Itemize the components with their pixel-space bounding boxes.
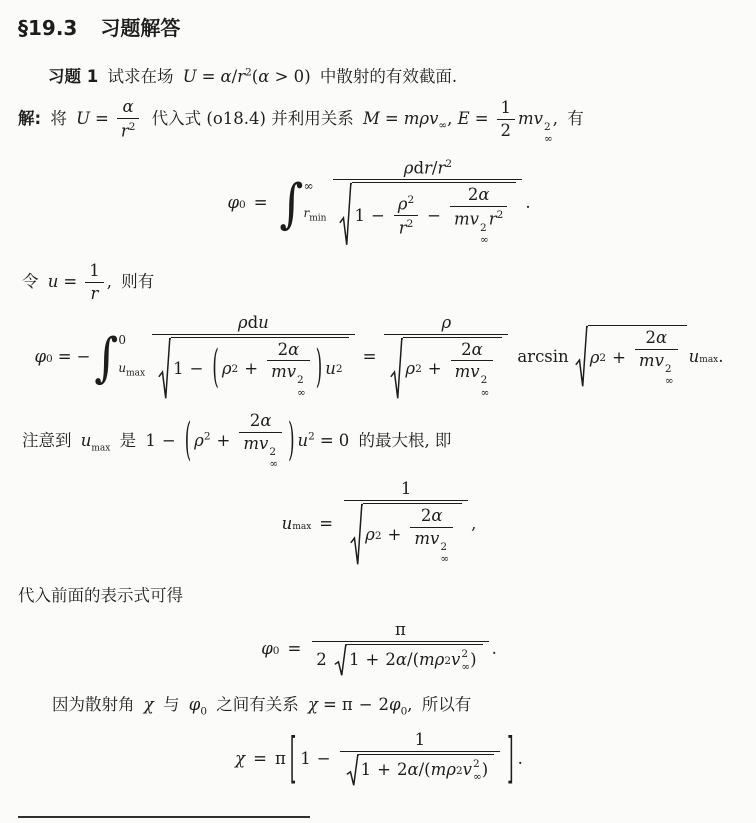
math-token: + bbox=[244, 360, 258, 379]
math-token: − bbox=[371, 207, 385, 226]
sqrt-radical-icon bbox=[575, 325, 588, 389]
math-token: ∞ bbox=[440, 554, 449, 565]
math-token: 2 bbox=[456, 765, 463, 777]
math-token: α bbox=[472, 340, 483, 359]
math-token: ∞ bbox=[665, 376, 674, 387]
math-token: 2 bbox=[468, 185, 479, 204]
fraction: αr2 bbox=[117, 97, 140, 142]
text-run: 与 bbox=[163, 695, 180, 714]
denominator: mv2∞ bbox=[451, 360, 494, 399]
math-token: E bbox=[458, 109, 470, 128]
sup-sub-stack: 2∞ bbox=[481, 375, 490, 398]
math-token: φ bbox=[189, 695, 201, 714]
math-token: m bbox=[454, 210, 470, 229]
sup-sub-stack: 2∞ bbox=[461, 649, 470, 672]
math-token: ρ bbox=[405, 360, 415, 379]
sqrt-radical-icon bbox=[390, 337, 403, 401]
math-token: v bbox=[287, 362, 296, 381]
math-token: 0 bbox=[46, 353, 53, 365]
math-token: 0 bbox=[339, 431, 350, 450]
left-bracket: [ bbox=[290, 727, 296, 790]
math-token: − bbox=[77, 347, 91, 366]
math-token: 2 bbox=[473, 759, 480, 770]
math-token: = bbox=[475, 109, 489, 128]
denominator: mv2∞ bbox=[239, 432, 282, 471]
fraction: 2αmv2∞ bbox=[635, 328, 678, 388]
upper-limit: 0 bbox=[118, 334, 145, 346]
math-token: − bbox=[162, 431, 176, 450]
denominator: ρ2+2αmv2∞ bbox=[344, 500, 468, 568]
footnote-rule bbox=[18, 816, 310, 818]
math-token: ρ bbox=[590, 348, 600, 367]
math-token: . bbox=[492, 639, 497, 658]
math-token: 2 bbox=[385, 651, 396, 670]
math-token: φ bbox=[261, 639, 273, 658]
math-token: + bbox=[217, 431, 231, 450]
math-token: 2 bbox=[415, 363, 422, 375]
math-token: π bbox=[275, 749, 286, 768]
numerator: ρ2 bbox=[394, 193, 418, 215]
fraction: ρ2r2 bbox=[394, 193, 418, 240]
math-token: 2 bbox=[232, 363, 239, 375]
math-token: . bbox=[718, 347, 723, 366]
math-token: ∞ bbox=[461, 662, 470, 673]
math-token: ρ bbox=[222, 360, 232, 379]
integral-sign: ∫ bbox=[280, 176, 304, 229]
square-root: ρ2+2αmv2∞ bbox=[390, 337, 502, 401]
inline-math-field-U: U=α/r2(α > 0) bbox=[183, 67, 311, 86]
math-token: = bbox=[319, 514, 333, 533]
math-token: U bbox=[183, 67, 197, 86]
trailing-factor: umax. bbox=[689, 347, 724, 366]
math-token: v bbox=[534, 109, 543, 128]
math-token: φ bbox=[389, 695, 401, 714]
math-token: α bbox=[396, 651, 407, 670]
denominator: mv2∞ bbox=[410, 527, 453, 566]
math-token: , bbox=[407, 695, 412, 714]
math-token: 2 bbox=[480, 223, 487, 234]
textbook-page: §19.3 习题解答 习题 1 试求在场 U=α/r2(α > 0) 中散射的有… bbox=[0, 0, 756, 823]
numerator: 1 bbox=[497, 98, 516, 119]
equation-lhs: χ=π bbox=[235, 749, 286, 768]
equation-phi0-r-integral: φ0= ∫ ∞ rmin ρdr/r2 1 − ρ2r2 − 2αmv2∞r2 bbox=[18, 157, 740, 249]
math-token: r bbox=[424, 158, 432, 177]
math-token: φ bbox=[227, 193, 239, 212]
math-token: M bbox=[363, 109, 380, 128]
left-paren: ( bbox=[185, 408, 191, 473]
numerator: ρdu bbox=[152, 313, 354, 334]
denominator: ρ2+2αmv2∞ bbox=[384, 334, 508, 402]
math-token: 2 bbox=[665, 364, 672, 375]
denominator: mv2∞r2 bbox=[450, 206, 507, 246]
denominator: 2 1+2α/(mρ2v2∞) bbox=[312, 641, 488, 678]
math-token: v bbox=[429, 109, 438, 128]
radicand: 1 − ρ2r2 − 2αmv2∞r2 bbox=[352, 182, 516, 247]
math-token: 0 bbox=[273, 645, 280, 657]
math-token: + bbox=[612, 348, 626, 367]
denominator: mv2∞ bbox=[267, 360, 310, 399]
math-token: 2 bbox=[308, 430, 315, 442]
math-token: u bbox=[325, 360, 336, 379]
math-token: = bbox=[287, 639, 301, 658]
fraction: 2αmv2∞ bbox=[410, 506, 453, 566]
numerator: 2α bbox=[267, 340, 310, 361]
math-token: max bbox=[126, 368, 145, 378]
numerator: α bbox=[117, 97, 140, 118]
right-bracket: ] bbox=[507, 727, 513, 790]
equation-umax: umax= 1 ρ2+2αmv2∞ , bbox=[18, 479, 740, 568]
math-token: r bbox=[121, 121, 129, 140]
right-paren: ) bbox=[316, 344, 322, 395]
sup-sub-stack: 2∞ bbox=[544, 122, 553, 145]
section-title: 习题解答 bbox=[100, 16, 180, 40]
math-token: 1 bbox=[361, 761, 372, 780]
math-token: d bbox=[248, 313, 259, 332]
numerator: 2α bbox=[410, 506, 453, 527]
math-token: = bbox=[254, 193, 268, 212]
math-token: ρ bbox=[435, 651, 445, 670]
math-token: 2 bbox=[407, 218, 414, 230]
sqrt-radical-icon bbox=[346, 754, 359, 787]
math-token: + bbox=[388, 526, 402, 545]
equation-chi-result: χ=π [ 1 − 1 1+2α/(mρ2v2∞) ] . bbox=[18, 730, 740, 787]
denominator: r2 bbox=[117, 118, 140, 142]
fraction: 2αmv2∞ bbox=[239, 411, 282, 471]
math-token: r bbox=[489, 210, 497, 229]
math-token: m bbox=[518, 109, 534, 128]
main-fraction: 1 1+2α/(mρ2v2∞) bbox=[340, 730, 501, 787]
inline-math-root-equation: 1−(ρ2+2αmv2∞)u2=0 bbox=[145, 431, 349, 450]
integrand-fraction: ρdu 1 − ( ρ2 + 2αmv2∞ ) u2 bbox=[152, 313, 354, 402]
math-token: v bbox=[259, 434, 268, 453]
math-token: u bbox=[298, 431, 309, 450]
denominator: 1 − ρ2r2 − 2αmv2∞r2 bbox=[333, 179, 522, 248]
sqrt-radical-icon bbox=[158, 337, 171, 401]
radicand: 1+2α/(mρ2v2∞) bbox=[359, 754, 495, 787]
numerator: ρ bbox=[384, 313, 508, 334]
math-token: + bbox=[366, 651, 380, 670]
integral-limits: 0 umax bbox=[118, 334, 145, 380]
inline-math-U-frac: U=αr2 bbox=[76, 109, 142, 128]
math-token: arcsin bbox=[517, 347, 568, 366]
main-fraction: 1 ρ2+2αmv2∞ bbox=[344, 479, 468, 568]
numerator: 2α bbox=[450, 185, 507, 206]
math-token: 2 bbox=[645, 328, 656, 347]
math-token: 1 bbox=[300, 749, 311, 768]
math-token: ) bbox=[470, 651, 476, 670]
text-run: 代入前面的表示式可得 bbox=[18, 586, 183, 605]
math-token: ∞ bbox=[297, 388, 306, 399]
math-token: 1 bbox=[173, 360, 184, 379]
math-token: . bbox=[518, 749, 523, 768]
math-token: u bbox=[48, 272, 59, 291]
inline-math-E: E=12mv2∞, bbox=[458, 109, 558, 128]
math-token: u bbox=[118, 361, 126, 375]
math-token: ∞ bbox=[473, 772, 482, 783]
math-token: v bbox=[655, 351, 664, 370]
math-token: max bbox=[91, 443, 110, 453]
lower-limit: rmin bbox=[303, 207, 326, 223]
inline-math-chi-relation: χ=π−2φ0, bbox=[308, 695, 413, 714]
math-token: 1 bbox=[145, 431, 156, 450]
math-token: , bbox=[471, 514, 476, 533]
math-token: ρ bbox=[404, 158, 414, 177]
math-token: 2 bbox=[461, 649, 468, 660]
math-token: χ bbox=[144, 695, 154, 714]
math-token: ∞ bbox=[269, 459, 278, 470]
text-run: 有 bbox=[567, 109, 584, 128]
text-run: 代入式 (o18.4) 并利用关系 bbox=[152, 109, 354, 128]
text-run: 的最大根, 即 bbox=[358, 431, 451, 450]
math-token: 2 bbox=[544, 122, 551, 133]
inline-math-umax: umax bbox=[81, 431, 111, 450]
math-token: α bbox=[407, 761, 418, 780]
square-root: ρ2+2αmv2∞ bbox=[350, 503, 462, 567]
math-token: α bbox=[478, 185, 489, 204]
text-run: 注意到 bbox=[22, 431, 72, 450]
section-header: §19.3 习题解答 bbox=[18, 12, 740, 41]
substitution-line: 令 u=1r, 则有 bbox=[18, 261, 740, 305]
text-run: 中散射的有效截面. bbox=[320, 67, 457, 86]
math-token: v bbox=[463, 761, 472, 780]
math-token: 2 bbox=[397, 761, 408, 780]
math-token: 2 bbox=[379, 695, 390, 714]
math-token: m bbox=[414, 529, 430, 548]
math-token: u bbox=[81, 431, 92, 450]
text-run: 令 bbox=[22, 272, 39, 291]
math-token: = bbox=[323, 695, 337, 714]
main-fraction: ρdr/r2 1 − ρ2r2 − 2αmv2∞r2 bbox=[333, 157, 522, 249]
math-token: − bbox=[317, 749, 331, 768]
math-token: min bbox=[309, 214, 326, 224]
math-token: u bbox=[282, 514, 293, 533]
math-token: ) bbox=[304, 67, 310, 86]
sup-sub-stack: 2∞ bbox=[480, 223, 489, 246]
fraction: 2αmv2∞r2 bbox=[450, 185, 507, 246]
integral-limits: ∞ rmin bbox=[303, 180, 326, 226]
math-token: r bbox=[399, 218, 407, 237]
square-root: 1+2α/(mρ2v2∞) bbox=[346, 754, 495, 787]
math-token: m bbox=[639, 351, 655, 370]
math-token: ρ bbox=[238, 313, 248, 332]
equation-phi0-u-integral: φ0=− ∫ 0 umax ρdu 1 − ( ρ2 + 2αmv bbox=[18, 313, 740, 402]
square-root: 1+2α/(mρ2v2∞) bbox=[334, 644, 483, 677]
fraction: 2αmv2∞ bbox=[451, 340, 494, 400]
math-token: , bbox=[107, 272, 112, 291]
math-token: ∞ bbox=[481, 388, 490, 399]
math-token: 2 bbox=[250, 411, 261, 430]
numerator: ρdr/r2 bbox=[333, 157, 522, 179]
math-token: U bbox=[76, 109, 90, 128]
numerator: 1 bbox=[85, 261, 104, 282]
radicand: ρ2+2αmv2∞ bbox=[363, 503, 462, 567]
math-token: ∞ bbox=[480, 235, 489, 246]
math-token: = bbox=[253, 749, 267, 768]
denominator: 1+2α/(mρ2v2∞) bbox=[340, 751, 501, 788]
math-token: + bbox=[377, 761, 391, 780]
fraction: 1r bbox=[85, 261, 104, 305]
integral: ∫ 0 umax bbox=[94, 334, 145, 380]
math-token: d bbox=[413, 158, 424, 177]
right-paren: ) bbox=[288, 408, 294, 473]
inline-math-M: M=mρv∞, bbox=[363, 109, 452, 128]
math-token: 2 bbox=[445, 158, 452, 170]
solution-line: 解: 将 U=αr2 代入式 (o18.4) 并利用关系 M=mρv∞, E=1… bbox=[18, 97, 740, 145]
math-token: − bbox=[359, 695, 373, 714]
math-token: = bbox=[202, 67, 216, 86]
math-token: 2 bbox=[599, 352, 606, 364]
math-token: − bbox=[190, 360, 204, 379]
text-run: 所以有 bbox=[422, 695, 472, 714]
main-fraction: π 2 1+2α/(mρ2v2∞) bbox=[312, 620, 488, 677]
math-token: 2 bbox=[461, 340, 472, 359]
math-token: + bbox=[428, 360, 442, 379]
numerator: 2α bbox=[239, 411, 282, 432]
math-token: m bbox=[243, 434, 259, 453]
scattering-angle-line: 因为散射角 χ 与 φ0 之间有关系 χ=π−2φ0, 所以有 bbox=[18, 693, 740, 720]
math-token: m bbox=[431, 761, 447, 780]
radicand: 1+2α/(mρ2v2∞) bbox=[347, 644, 483, 677]
math-token: m bbox=[455, 362, 471, 381]
sqrt-radical-icon bbox=[334, 644, 347, 677]
sup-sub-stack: 2∞ bbox=[665, 364, 674, 387]
umax-note-line: 注意到 umax 是 1−(ρ2+2αmv2∞)u2=0 的最大根, 即 bbox=[18, 411, 740, 471]
math-token: ) bbox=[482, 761, 488, 780]
math-token: , bbox=[553, 109, 558, 128]
math-token: π bbox=[342, 695, 353, 714]
math-token: v bbox=[470, 362, 479, 381]
math-token: 2 bbox=[297, 375, 304, 386]
text-run: 因为散射角 bbox=[52, 695, 135, 714]
radicand: ρ2+2αmv2∞ bbox=[588, 325, 687, 389]
sup-sub-stack: 2∞ bbox=[440, 542, 449, 565]
denominator: r bbox=[85, 282, 104, 305]
math-token: − bbox=[427, 207, 441, 226]
math-token: 2 bbox=[269, 447, 276, 458]
math-token: , bbox=[447, 109, 452, 128]
math-token: u bbox=[689, 347, 700, 366]
prefactor-fraction: ρ ρ2+2αmv2∞ bbox=[384, 313, 508, 402]
solution-label: 解: bbox=[18, 109, 41, 128]
math-token: α bbox=[288, 340, 299, 359]
equation-lhs: umax= bbox=[282, 514, 341, 533]
integral: ∫ ∞ rmin bbox=[280, 180, 327, 226]
numerator: 2α bbox=[635, 328, 678, 349]
lower-limit: umax bbox=[118, 362, 145, 378]
math-token: 2 bbox=[497, 209, 504, 221]
numerator: 1 bbox=[344, 479, 468, 500]
sup-sub-stack: 2∞ bbox=[297, 375, 306, 398]
math-token: 1 bbox=[354, 207, 365, 226]
math-token: 2 bbox=[421, 506, 432, 525]
math-token: 2 bbox=[336, 363, 343, 375]
equation-lhs: φ0= bbox=[261, 639, 309, 658]
math-token: m bbox=[271, 362, 287, 381]
math-token: max bbox=[699, 355, 718, 365]
math-token: 2 bbox=[375, 530, 382, 542]
sup-sub-stack: 2∞ bbox=[473, 759, 482, 782]
denominator: r2 bbox=[394, 215, 418, 239]
math-token: α bbox=[258, 67, 269, 86]
inline-math-u: u=1r, bbox=[48, 272, 112, 291]
math-token: α bbox=[220, 67, 231, 86]
math-token: φ bbox=[34, 347, 46, 366]
math-token: = bbox=[363, 347, 377, 366]
left-paren: ( bbox=[212, 344, 218, 395]
fraction: 2αmv2∞ bbox=[267, 340, 310, 400]
math-token: 0 bbox=[200, 705, 207, 717]
math-token: 1 bbox=[349, 651, 360, 670]
math-token: 2 bbox=[129, 121, 136, 133]
sup-sub-stack: 2∞ bbox=[269, 447, 278, 470]
denominator: 2 bbox=[497, 119, 516, 142]
radicand: 1 − ( ρ2 + 2αmv2∞ ) u2 bbox=[171, 337, 348, 401]
math-token: 2 bbox=[444, 655, 451, 667]
math-token: v bbox=[470, 210, 479, 229]
text-run: 则有 bbox=[121, 272, 154, 291]
text-run: 是 bbox=[120, 431, 137, 450]
math-token: = bbox=[320, 431, 334, 450]
math-token: α bbox=[260, 411, 271, 430]
inline-math-phi0: φ0 bbox=[189, 695, 207, 714]
math-token: 0 bbox=[239, 199, 246, 211]
square-root: ρ2+2αmv2∞ bbox=[575, 325, 687, 389]
problem-statement: 习题 1 试求在场 U=α/r2(α > 0) 中散射的有效截面. bbox=[18, 65, 740, 89]
sqrt-radical-icon bbox=[339, 182, 352, 247]
math-token: ∞ bbox=[438, 119, 447, 131]
math-token: 2 bbox=[204, 430, 211, 442]
math-token: 2 bbox=[316, 649, 327, 668]
numerator: 1 bbox=[340, 730, 501, 751]
math-token: m bbox=[404, 109, 420, 128]
sqrt-radical-icon bbox=[350, 503, 363, 567]
fraction: 12 bbox=[497, 98, 516, 142]
upper-limit: ∞ bbox=[303, 180, 326, 192]
text-run: 试求在场 bbox=[107, 67, 173, 86]
substitute-back-line: 代入前面的表示式可得 bbox=[18, 584, 740, 608]
square-root: 1 − ( ρ2 + 2αmv2∞ ) u2 bbox=[158, 337, 348, 401]
math-token: 2 bbox=[440, 542, 447, 553]
math-token: max bbox=[292, 522, 311, 532]
math-token: ρ bbox=[419, 109, 429, 128]
math-token: > 0 bbox=[275, 67, 305, 86]
math-token: ρ bbox=[446, 761, 456, 780]
text-run: 将 bbox=[50, 109, 67, 128]
math-token: χ bbox=[308, 695, 318, 714]
math-token: = bbox=[58, 347, 72, 366]
math-token: 2 bbox=[278, 340, 289, 359]
math-token: χ bbox=[235, 749, 245, 768]
numerator: π bbox=[312, 620, 488, 641]
math-token: m bbox=[419, 651, 435, 670]
square-root: 1 − ρ2r2 − 2αmv2∞r2 bbox=[339, 182, 516, 247]
equation-lhs: φ0= bbox=[227, 193, 275, 212]
math-token: u bbox=[258, 313, 269, 332]
math-token: 2 bbox=[407, 194, 414, 206]
denominator: mv2∞ bbox=[635, 349, 678, 388]
equation-lhs: φ0=− bbox=[34, 347, 90, 366]
math-token: r bbox=[237, 67, 245, 86]
numerator: 2α bbox=[451, 340, 494, 361]
math-token: 2 bbox=[245, 67, 252, 79]
math-token: = bbox=[385, 109, 399, 128]
denominator: 1 − ( ρ2 + 2αmv2∞ ) u2 bbox=[152, 334, 354, 402]
math-token: v bbox=[451, 651, 460, 670]
math-token: ρ bbox=[194, 431, 204, 450]
problem-label: 习题 1 bbox=[48, 67, 98, 86]
math-token: = bbox=[63, 272, 77, 291]
math-token: α bbox=[431, 506, 442, 525]
